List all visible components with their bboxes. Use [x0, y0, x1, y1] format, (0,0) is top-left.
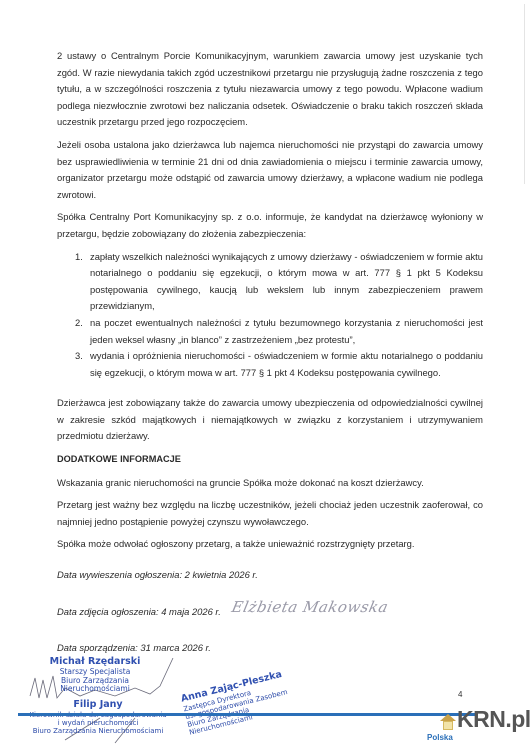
paragraph-boundaries: Wskazania granic nieruchomości na grunci… — [57, 475, 483, 492]
paragraph-insurance: Dzierżawca jest zobowiązany także do zaw… — [57, 395, 483, 445]
paragraph-security-intro: Spółka Centralny Port Komunikacyjny sp. … — [57, 209, 483, 242]
polska-label: Polska — [427, 733, 453, 742]
page-edge-line — [524, 4, 525, 184]
krn-brand-text: KRN.pl — [457, 708, 530, 730]
list-item: 3.wydania i opróżnienia nieruchomości - … — [57, 348, 483, 381]
list-item: 1.zapłaty wszelkich należności wynikając… — [57, 249, 483, 315]
paragraph-consent: 2 ustawy o Centralnym Porcie Komunikacyj… — [57, 48, 483, 131]
date-posted: Data wywieszenia ogłoszenia: 2 kwietnia … — [57, 567, 483, 584]
document-page: 2 ustawy o Centralnym Porcie Komunikacyj… — [57, 48, 483, 677]
paragraph-validity: Przetarg jest ważny bez względu na liczb… — [57, 497, 483, 530]
page-number: 4 — [458, 690, 462, 699]
paragraph-cancellation: Spółka może odwołać ogłoszony przetarg, … — [57, 536, 483, 553]
stamp-filip-jany: Filip Jany Kierownik działu ds. zagospod… — [18, 700, 178, 735]
krn-watermark-logo: KRN.pl — [440, 708, 530, 730]
house-icon — [440, 714, 456, 730]
list-item: 2.na poczet ewentualnych należności z ty… — [57, 315, 483, 348]
stamp-michal-rzedarski: Michał Rzędarski Starszy Specjalista Biu… — [30, 657, 160, 694]
handwritten-signature: Elżbieta Makowska — [230, 598, 390, 616]
paragraph-withdrawal: Jeżeli osoba ustalona jako dzierżawca lu… — [57, 137, 483, 203]
security-list: 1.zapłaty wszelkich należności wynikając… — [57, 249, 483, 382]
section-heading: DODATKOWE INFORMACJE — [57, 451, 483, 468]
date-prepared: Data sporządzenia: 31 marca 2026 r. — [57, 640, 483, 657]
footer-blue-rule — [18, 713, 478, 716]
